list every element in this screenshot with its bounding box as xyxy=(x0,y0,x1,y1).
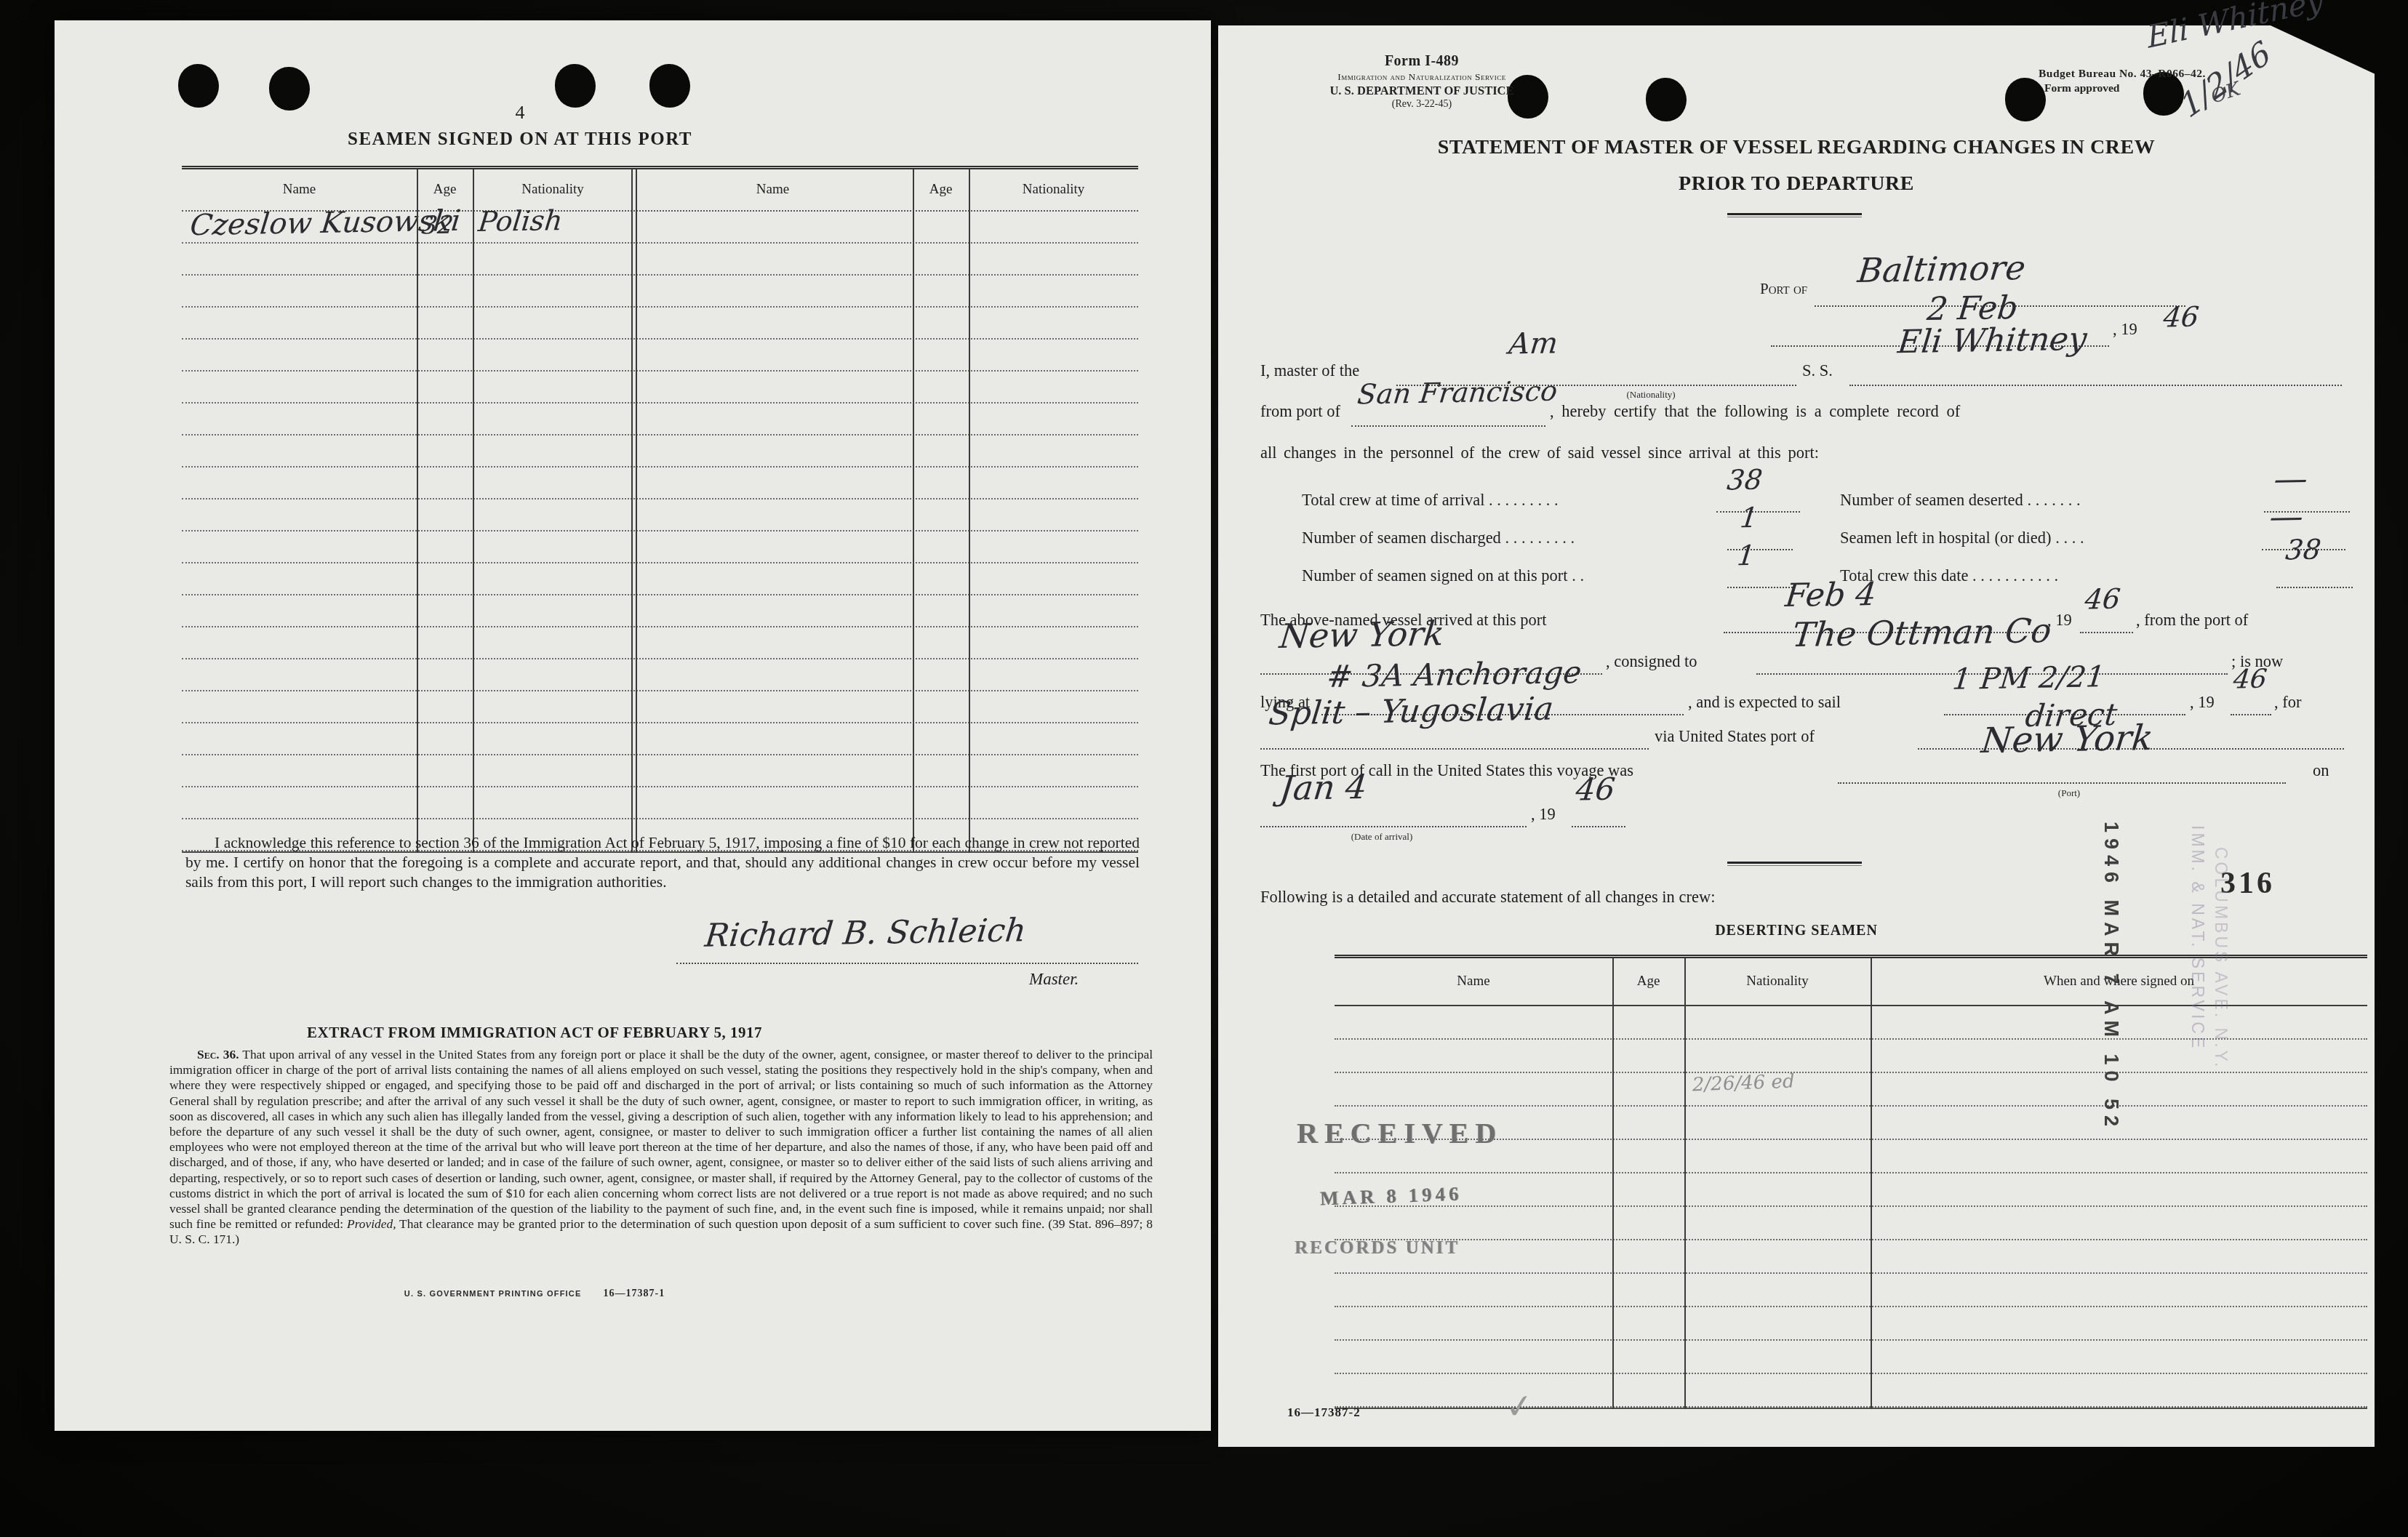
table-empty-row xyxy=(182,436,1138,467)
year-blank xyxy=(1572,826,1625,827)
entry-age: 32 xyxy=(420,213,455,238)
year-handwritten: 46 xyxy=(2162,303,2200,332)
consigned-to-label: , consigned to xyxy=(1606,652,1697,671)
table-empty-row xyxy=(182,244,1138,276)
table-empty-row xyxy=(182,372,1138,404)
table-empty-row xyxy=(1335,1341,2367,1374)
stat-hospital-value: — xyxy=(2268,499,2305,534)
first-port-blank xyxy=(1838,782,2286,784)
scanned-document: 4 SEAMEN SIGNED ON AT THIS PORT Name Age… xyxy=(0,0,2408,1537)
all-changes-text: all changes in the personnel of the crew… xyxy=(1260,444,1819,462)
stat-blank xyxy=(1727,549,1793,550)
seamen-signed-heading: SEAMEN SIGNED ON AT THIS PORT xyxy=(55,129,985,150)
berth-handwritten: # 3A Anchorage xyxy=(1325,657,1583,692)
table-empty-row xyxy=(1335,1307,2367,1341)
table-empty-row xyxy=(182,723,1138,755)
from-port-label: from port of xyxy=(1260,402,1340,421)
extract-paragraph: Sec. 36. That upon arrival of any vessel… xyxy=(169,1047,1153,1248)
stat-signed-on-label: Number of seamen signed on at this port … xyxy=(1302,566,1584,585)
form-print-code: 16—17387-2 xyxy=(1287,1405,1361,1420)
stat-deserted-value: — xyxy=(2273,462,2310,496)
column-divider-double xyxy=(631,169,637,853)
year-blank xyxy=(2080,632,2133,633)
entry-nationality: Polish xyxy=(477,206,564,236)
col-header-name: Name xyxy=(182,182,417,198)
date-value-handwritten: 2 Feb xyxy=(1926,292,2020,326)
department-name: U. S. DEPARTMENT OF JUSTICE xyxy=(1284,84,1560,98)
master-signature: Richard B. Schleich xyxy=(703,915,1028,952)
table-empty-row xyxy=(1335,1374,2367,1408)
records-unit-stamp: RECORDS UNIT xyxy=(1295,1238,1460,1259)
printing-office-footer: U. S. GOVERNMENT PRINTING OFFICE 16—1738… xyxy=(55,1287,1015,1300)
table-empty-row xyxy=(1335,1240,2367,1274)
arrival-date2-handwritten: Jan 4 xyxy=(1278,770,1368,805)
table-empty-row xyxy=(182,308,1138,340)
section-number: Sec. 36. xyxy=(197,1047,239,1062)
col-header-nationality: Nationality xyxy=(473,182,633,198)
form-print-code: 16—17387-1 xyxy=(604,1288,665,1299)
nationality-caption: (Nationality) xyxy=(1560,389,1742,401)
port-of-label: Port of xyxy=(1760,280,1807,298)
ss-label: S. S. xyxy=(1802,361,1833,380)
year-handwritten: 46 xyxy=(1575,774,1617,806)
column-divider xyxy=(969,169,970,853)
destination-blank xyxy=(1260,748,1649,750)
left-page: 4 SEAMEN SIGNED ON AT THIS PORT Name Age… xyxy=(55,20,1211,1431)
form-title-line2: PRIOR TO DEPARTURE xyxy=(1218,172,2375,196)
table-empty-row xyxy=(182,787,1138,819)
table-empty-row xyxy=(182,276,1138,308)
table-empty-row xyxy=(182,691,1138,723)
stat-total-date-value: 38 xyxy=(2284,536,2322,564)
year-prefix: , 19 xyxy=(1531,805,1556,824)
column-divider xyxy=(913,169,914,853)
via-us-port-label: via United States port of xyxy=(1655,727,1815,746)
right-page: Form I-489 Immigration and Naturalizatio… xyxy=(1218,25,2375,1447)
signature-line xyxy=(676,963,1138,964)
time-received-stamp: 1946 MAR 7 AM 10 52 xyxy=(2100,822,2122,1132)
table-empty-row xyxy=(182,404,1138,436)
column-divider xyxy=(1612,958,1614,1409)
vessel-name-blank xyxy=(1849,385,2342,386)
expected-sail-label: , and is expected to sail xyxy=(1688,693,1841,712)
budget-bureau-number: Budget Bureau No. 43–R066–42. xyxy=(2039,68,2206,81)
pencil-date-note: 2/26/46 ed xyxy=(1692,1071,1795,1096)
stat-deserted-label: Number of seamen deserted . . . . . . . xyxy=(1840,491,2081,510)
column-divider xyxy=(417,169,418,853)
col-header-nationality: Nationality xyxy=(969,182,1138,198)
on-label: on xyxy=(2313,761,2329,780)
agency-name: Immigration and Naturalization Service xyxy=(1284,71,1560,83)
received-stamp: RECEIVED xyxy=(1297,1116,1503,1150)
printing-office-label: U. S. GOVERNMENT PRINTING OFFICE xyxy=(404,1290,582,1299)
col-header-name: Name xyxy=(1335,974,1612,990)
provided-term: Provided, xyxy=(347,1216,396,1231)
year-blank xyxy=(2231,714,2271,715)
year-prefix: , 19 xyxy=(2190,693,2215,712)
nationality-handwritten: Am xyxy=(1508,329,1559,358)
form-title-line1: STATEMENT OF MASTER OF VESSEL REGARDING … xyxy=(1218,136,2375,159)
punch-hole xyxy=(649,64,690,108)
stat-total-arrival-label: Total crew at time of arrival . . . . . … xyxy=(1302,491,1559,510)
year-handwritten: 46 xyxy=(2084,585,2121,614)
column-divider xyxy=(1684,958,1686,1409)
master-line-pre: I, master of the xyxy=(1260,361,1359,380)
column-divider xyxy=(1871,958,1872,1409)
table-empty-row xyxy=(182,499,1138,531)
faint-agency-stamp: IMM. & NAT. SERVICE xyxy=(2188,825,2207,1051)
table-empty-row xyxy=(1335,1073,2367,1107)
stat-blank xyxy=(1727,587,1793,588)
table-body: Czeslow Kusowski 32 Polish xyxy=(182,212,1138,853)
certify-text: , hereby certify that the following is a… xyxy=(1550,402,1960,421)
check-mark: ✓ xyxy=(1503,1385,1535,1427)
sail-time-handwritten: 1 PM 2/21 xyxy=(1951,662,2106,694)
extract-body: That upon arrival of any vessel in the U… xyxy=(169,1047,1153,1231)
table-empty-row xyxy=(182,755,1138,787)
extract-body: That clearance may be granted prior to t… xyxy=(396,1216,1048,1231)
arrival-line1-post: , from the port of xyxy=(2136,611,2248,630)
table-empty-row xyxy=(1335,1173,2367,1207)
date-of-arrival-caption: (Date of arrival) xyxy=(1273,831,1491,843)
for-label: , for xyxy=(2274,693,2302,712)
punch-hole xyxy=(1646,78,1687,121)
stat-blank xyxy=(2276,587,2353,588)
table-empty-row xyxy=(1335,1274,2367,1307)
from-port-blank xyxy=(1351,425,1545,427)
master-role-label: Master. xyxy=(1029,970,1079,989)
acknowledgment-paragraph: I acknowledge this reference to section … xyxy=(185,833,1140,892)
revision-date: (Rev. 3-22-45) xyxy=(1284,99,1560,111)
stat-discharged-label: Number of seamen discharged . . . . . . … xyxy=(1302,529,1575,547)
form-identification-block: Form I-489 Immigration and Naturalizatio… xyxy=(1284,53,1560,111)
punch-hole xyxy=(178,64,219,108)
column-divider xyxy=(473,169,474,853)
table-empty-row xyxy=(182,563,1138,595)
stat-discharged-value: 1 xyxy=(1739,504,1759,531)
destination-handwritten: Split – Yugoslavia xyxy=(1267,694,1555,731)
table-header-row: Name Age Nationality Name Age Nationalit… xyxy=(182,169,1138,212)
from-port-handwritten: San Francisco xyxy=(1356,377,1559,409)
table-empty-row xyxy=(1335,1207,2367,1240)
stat-total-arrival-value: 38 xyxy=(1726,466,1764,494)
section-rule xyxy=(1727,862,1862,866)
col-header-age: Age xyxy=(913,182,969,198)
table-empty-row xyxy=(182,531,1138,563)
vessel-name-handwritten: Eli Whitney xyxy=(1896,324,2088,359)
crew-entry-row: Czeslow Kusowski 32 Polish xyxy=(182,212,1138,244)
seamen-signed-table: Name Age Nationality Name Age Nationalit… xyxy=(182,166,1138,853)
faint-address-stamp: COLUMBUS AVE. N.Y. xyxy=(2211,847,2231,1070)
stat-hospital-label: Seamen left in hospital (or died) . . . … xyxy=(1840,529,2084,547)
page-number: 4 xyxy=(55,102,985,124)
table-empty-row xyxy=(182,340,1138,372)
form-number: Form I-489 xyxy=(1284,53,1560,70)
col-header-nationality: Nationality xyxy=(1684,974,1871,990)
col-header-age: Age xyxy=(1612,974,1684,990)
table-empty-row xyxy=(182,627,1138,659)
empty-rows xyxy=(182,244,1138,851)
title-rule xyxy=(1727,213,1862,217)
year-handwritten: 46 xyxy=(2232,667,2268,694)
first-port-handwritten: New York xyxy=(1980,721,2155,758)
col-header-name: Name xyxy=(633,182,913,198)
year-prefix: , 19 xyxy=(2113,320,2137,339)
port-caption: (Port) xyxy=(1975,787,2164,799)
table-empty-row xyxy=(182,467,1138,499)
table-empty-row xyxy=(182,659,1138,691)
consignee-handwritten: The Ottman Co xyxy=(1791,614,2053,651)
arrival-date2-blank xyxy=(1260,826,1527,827)
origin-port-handwritten: New York xyxy=(1278,617,1446,653)
following-statement-text: Following is a detailed and accurate sta… xyxy=(1260,888,1715,907)
col-header-age: Age xyxy=(417,182,473,198)
stat-signed-on-value: 1 xyxy=(1736,542,1756,569)
table-empty-row xyxy=(182,595,1138,627)
punch-hole xyxy=(555,64,596,108)
arrival-date-handwritten: Feb 4 xyxy=(1784,579,1878,612)
port-value-handwritten: Baltimore xyxy=(1856,251,2027,287)
extract-heading: EXTRACT FROM IMMIGRATION ACT OF FEBRUARY… xyxy=(55,1024,1015,1042)
